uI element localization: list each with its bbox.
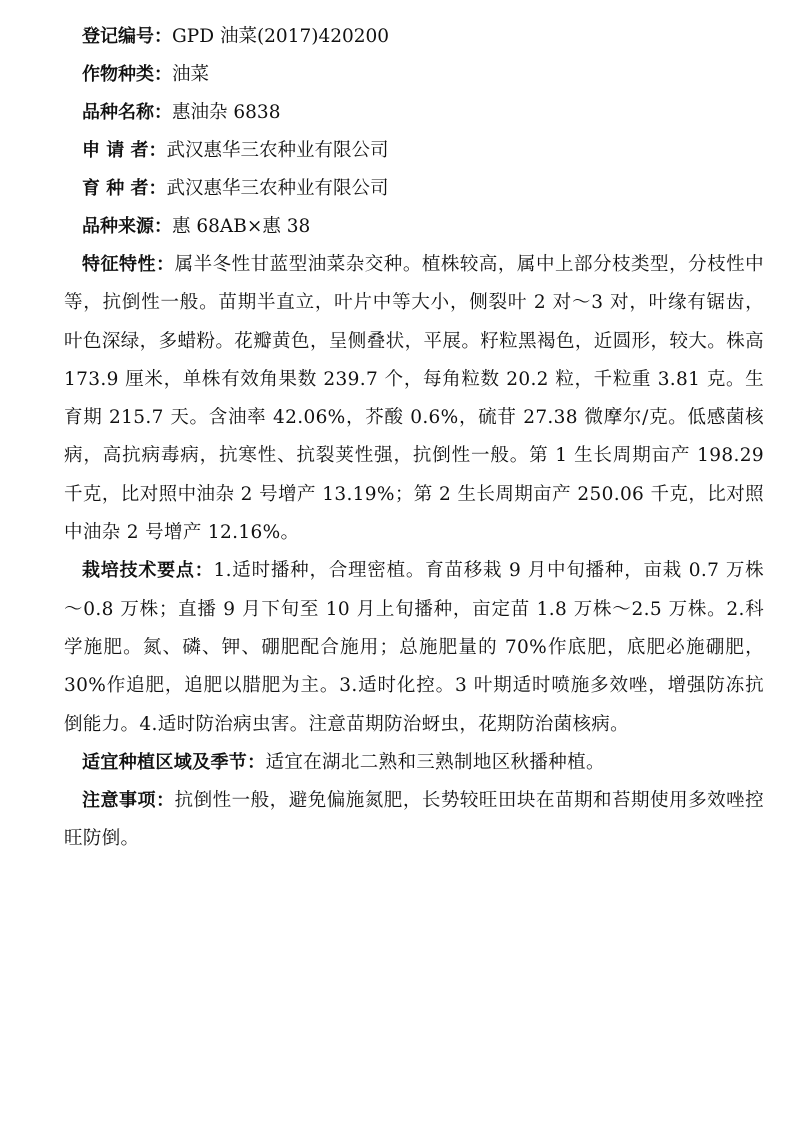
section-text: 1.适时播种，合理密植。育苗移栽 9 月中旬播种，亩栽 0.7 万株～0.8 万… <box>64 560 764 734</box>
field-crop-type: 作物种类：油菜 <box>64 56 764 94</box>
field-label: 品种名称： <box>82 102 172 123</box>
field-value: 武汉惠华三农种业有限公司 <box>167 140 389 161</box>
field-value: 油菜 <box>172 64 209 85</box>
section-text: 适宜在湖北二熟和三熟制地区秋播种植。 <box>266 752 605 773</box>
field-value: 惠 68AB×惠 38 <box>172 216 310 237</box>
field-breeder: 育 种 者：武汉惠华三农种业有限公司 <box>64 170 764 208</box>
field-value: 武汉惠华三农种业有限公司 <box>167 178 389 199</box>
document-page: 登记编号：GPD 油菜(2017)420200 作物种类：油菜 品种名称：惠油杂… <box>64 18 764 859</box>
section-precautions: 注意事项：抗倒性一般，避免偏施氮肥，长势较旺田块在苗期和苔期使用多效唑控旺防倒。 <box>64 782 764 859</box>
field-variety-name: 品种名称：惠油杂 6838 <box>64 94 764 132</box>
field-applicant: 申 请 者：武汉惠华三农种业有限公司 <box>64 132 764 170</box>
section-label: 适宜种植区域及季节： <box>82 752 266 773</box>
field-value: 惠油杂 6838 <box>172 102 280 123</box>
field-registration-number: 登记编号：GPD 油菜(2017)420200 <box>64 18 764 56</box>
section-label: 注意事项： <box>82 790 175 811</box>
field-label: 品种来源： <box>82 216 172 237</box>
section-text: 属半冬性甘蓝型油菜杂交种。植株较高，属中上部分枝类型，分枝性中等，抗倒性一般。苗… <box>64 254 764 543</box>
field-variety-source: 品种来源：惠 68AB×惠 38 <box>64 208 764 246</box>
section-label: 栽培技术要点： <box>82 560 214 581</box>
section-label: 特征特性： <box>82 254 175 275</box>
field-label: 作物种类： <box>82 64 172 85</box>
field-label: 登记编号： <box>82 26 172 47</box>
section-suitable-region: 适宜种植区域及季节：适宜在湖北二熟和三熟制地区秋播种植。 <box>64 744 764 782</box>
section-cultivation-techniques: 栽培技术要点：1.适时播种，合理密植。育苗移栽 9 月中旬播种，亩栽 0.7 万… <box>64 552 764 743</box>
field-value: GPD 油菜(2017)420200 <box>172 26 389 47</box>
section-characteristics: 特征特性：属半冬性甘蓝型油菜杂交种。植株较高，属中上部分枝类型，分枝性中等，抗倒… <box>64 246 764 552</box>
field-label: 申 请 者： <box>82 140 167 161</box>
field-label: 育 种 者： <box>82 178 167 199</box>
